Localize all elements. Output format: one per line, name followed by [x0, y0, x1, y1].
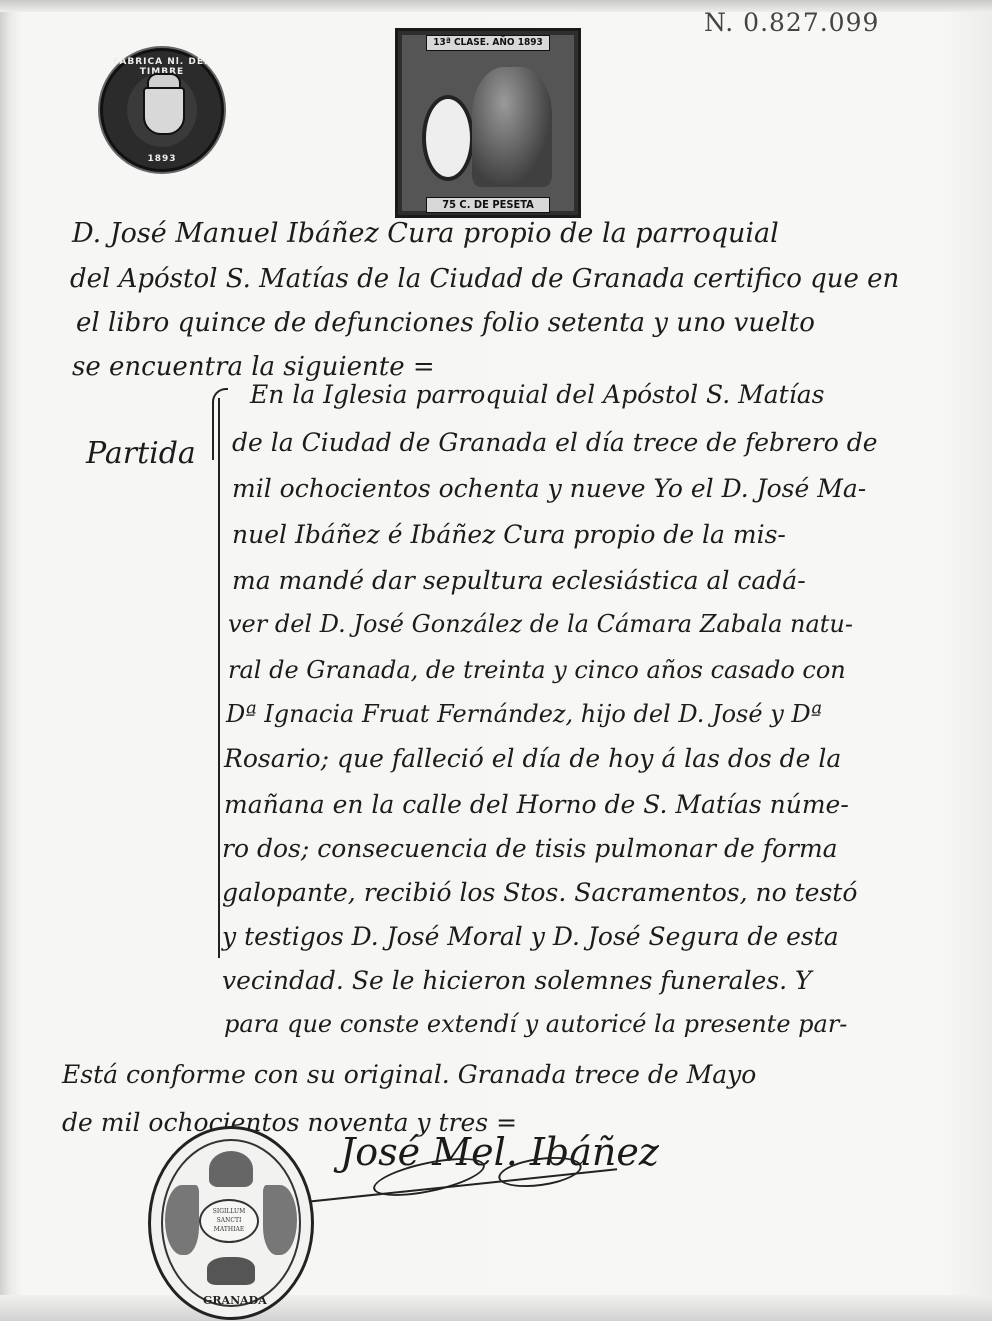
entry-line: mil ochocientos ochenta y nueve Yo el D.… [232, 474, 866, 503]
seal-bottom-text: GRANADA [203, 1294, 267, 1307]
entry-line: mañana en la calle del Horno de S. Matía… [224, 790, 849, 819]
entry-bracket [218, 398, 228, 958]
entry-line: para que conste extendí y autoricé la pr… [224, 1010, 847, 1038]
entry-line: vecindad. Se le hicieron solemnes funera… [222, 966, 812, 995]
eagle-wing-icon [263, 1185, 297, 1255]
closing-line: Está conforme con su original. Granada t… [62, 1060, 756, 1089]
crown-icon [209, 1151, 253, 1187]
entry-line: ro dos; consecuencia de tisis pulmonar d… [222, 834, 838, 863]
entry-line: de la Ciudad de Granada el día trece de … [232, 428, 878, 457]
shield-icon [143, 87, 185, 135]
stamp-footer: 75 C. DE PESETA [426, 197, 550, 213]
entry-line: ver del D. José González de la Cámara Za… [228, 610, 853, 638]
intro-line: se encuentra la siguiente = [72, 352, 435, 382]
double-headed-eagle-crest-icon [165, 1185, 199, 1255]
margin-label-partida: Partida [86, 436, 196, 471]
entry-line: galopante, recibió los Stos. Sacramentos… [222, 878, 857, 907]
entry-line: Rosario; que falleció el día de hoy á la… [224, 744, 841, 773]
seal-year: 1893 [103, 154, 221, 164]
revenue-stamp: 13ª CLASE. AÑO 1893 75 C. DE PESETA [395, 28, 581, 218]
intro-line: el libro quince de defunciones folio set… [76, 308, 815, 338]
entry-line: y testigos D. José Moral y D. José Segur… [222, 922, 839, 951]
intro-line: del Apóstol S. Matías de la Ciudad de Gr… [70, 264, 899, 294]
allegorical-figure-stamp-icon [472, 67, 552, 187]
entry-line: En la Iglesia parroquial del Apóstol S. … [250, 380, 824, 409]
seal-base-ornament [207, 1257, 255, 1285]
document-page: FABRICA Nl. DEL TIMBRE 1893 13ª CLASE. A… [0, 0, 992, 1321]
entry-line: nuel Ibáñez é Ibáñez Cura propio de la m… [232, 520, 786, 549]
parish-seal: SIGILLUM SANCTI MATHIAE GRANADA [148, 1126, 314, 1320]
seal-center-text: SIGILLUM SANCTI MATHIAE [199, 1199, 259, 1243]
signature: José Mel. Ibáñez [340, 1130, 659, 1174]
entry-line: Dª Ignacia Fruat Fernández, hijo del D. … [226, 700, 822, 728]
entry-line: ma mandé dar sepultura eclesiástica al c… [232, 566, 806, 595]
stamp-oval-frame-icon [422, 95, 474, 181]
serial-number: N. 0.827.099 [704, 8, 879, 37]
intro-line: D. José Manuel Ibáñez Cura propio de la … [72, 218, 779, 249]
fabrica-timbre-seal: FABRICA Nl. DEL TIMBRE 1893 [100, 48, 224, 172]
scan-edge-bottom [0, 1295, 992, 1321]
stamp-header: 13ª CLASE. AÑO 1893 [426, 35, 550, 51]
entry-line: ral de Granada, de treinta y cinco años … [228, 656, 846, 684]
